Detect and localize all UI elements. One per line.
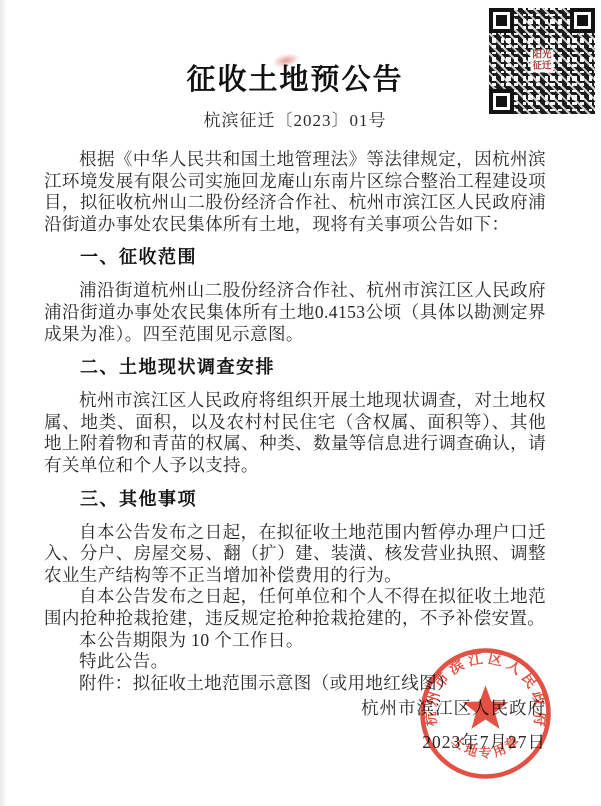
issue-date: 2023年7月27日 — [44, 732, 546, 752]
section-2-heading: 二、土地现状调查安排 — [44, 355, 546, 379]
qr-finder-top-right-icon — [570, 8, 595, 33]
intro-paragraph: 根据《中华人民共和国土地管理法》等法律规定，因杭州滨江环境发展有限公司实施回龙庵… — [44, 149, 546, 235]
section-2-paragraph: 杭州市滨江区人民政府将组织开展土地现状调查，对土地权属、地类、面积，以及农村村民… — [44, 390, 546, 476]
section-1-paragraph: 浦沿街道杭州山二股份经济合作社、杭州市滨江区人民政府浦沿街道办事处农民集体所有土… — [44, 280, 546, 345]
hereby-announced-line: 特此公告。 — [44, 651, 546, 673]
attachment-line: 附件：拟征收土地范围示意图（或用地红线图） — [44, 673, 546, 695]
section-1-heading: 一、征收范围 — [44, 245, 546, 269]
notice-period-line: 本公告期限为 10 个工作日。 — [44, 630, 546, 652]
announcement-page: 阳光 征迁 征收土地预公告 杭滨征迁〔2023〕01号 根据《中华人民共和国土地… — [0, 0, 601, 806]
document-title: 征收土地预公告 — [44, 63, 546, 97]
document-number: 杭滨征迁〔2023〕01号 — [44, 110, 546, 132]
section-3-paragraph-2: 自本公告发布之日起，任何单位和个人不得在拟征收土地范围内抢种抢栽抢建，违反规定抢… — [44, 586, 546, 629]
document-body: 征收土地预公告 杭滨征迁〔2023〕01号 根据《中华人民共和国土地管理法》等法… — [44, 0, 546, 752]
issuer-signature: 杭州市滨江区人民政府 — [44, 698, 546, 718]
section-3-heading: 三、其他事项 — [44, 487, 546, 511]
section-3-paragraph-1: 自本公告发布之日起，在拟征收土地范围内暂停办理户口迁入、分户、房屋交易、翻（扩）… — [44, 522, 546, 587]
